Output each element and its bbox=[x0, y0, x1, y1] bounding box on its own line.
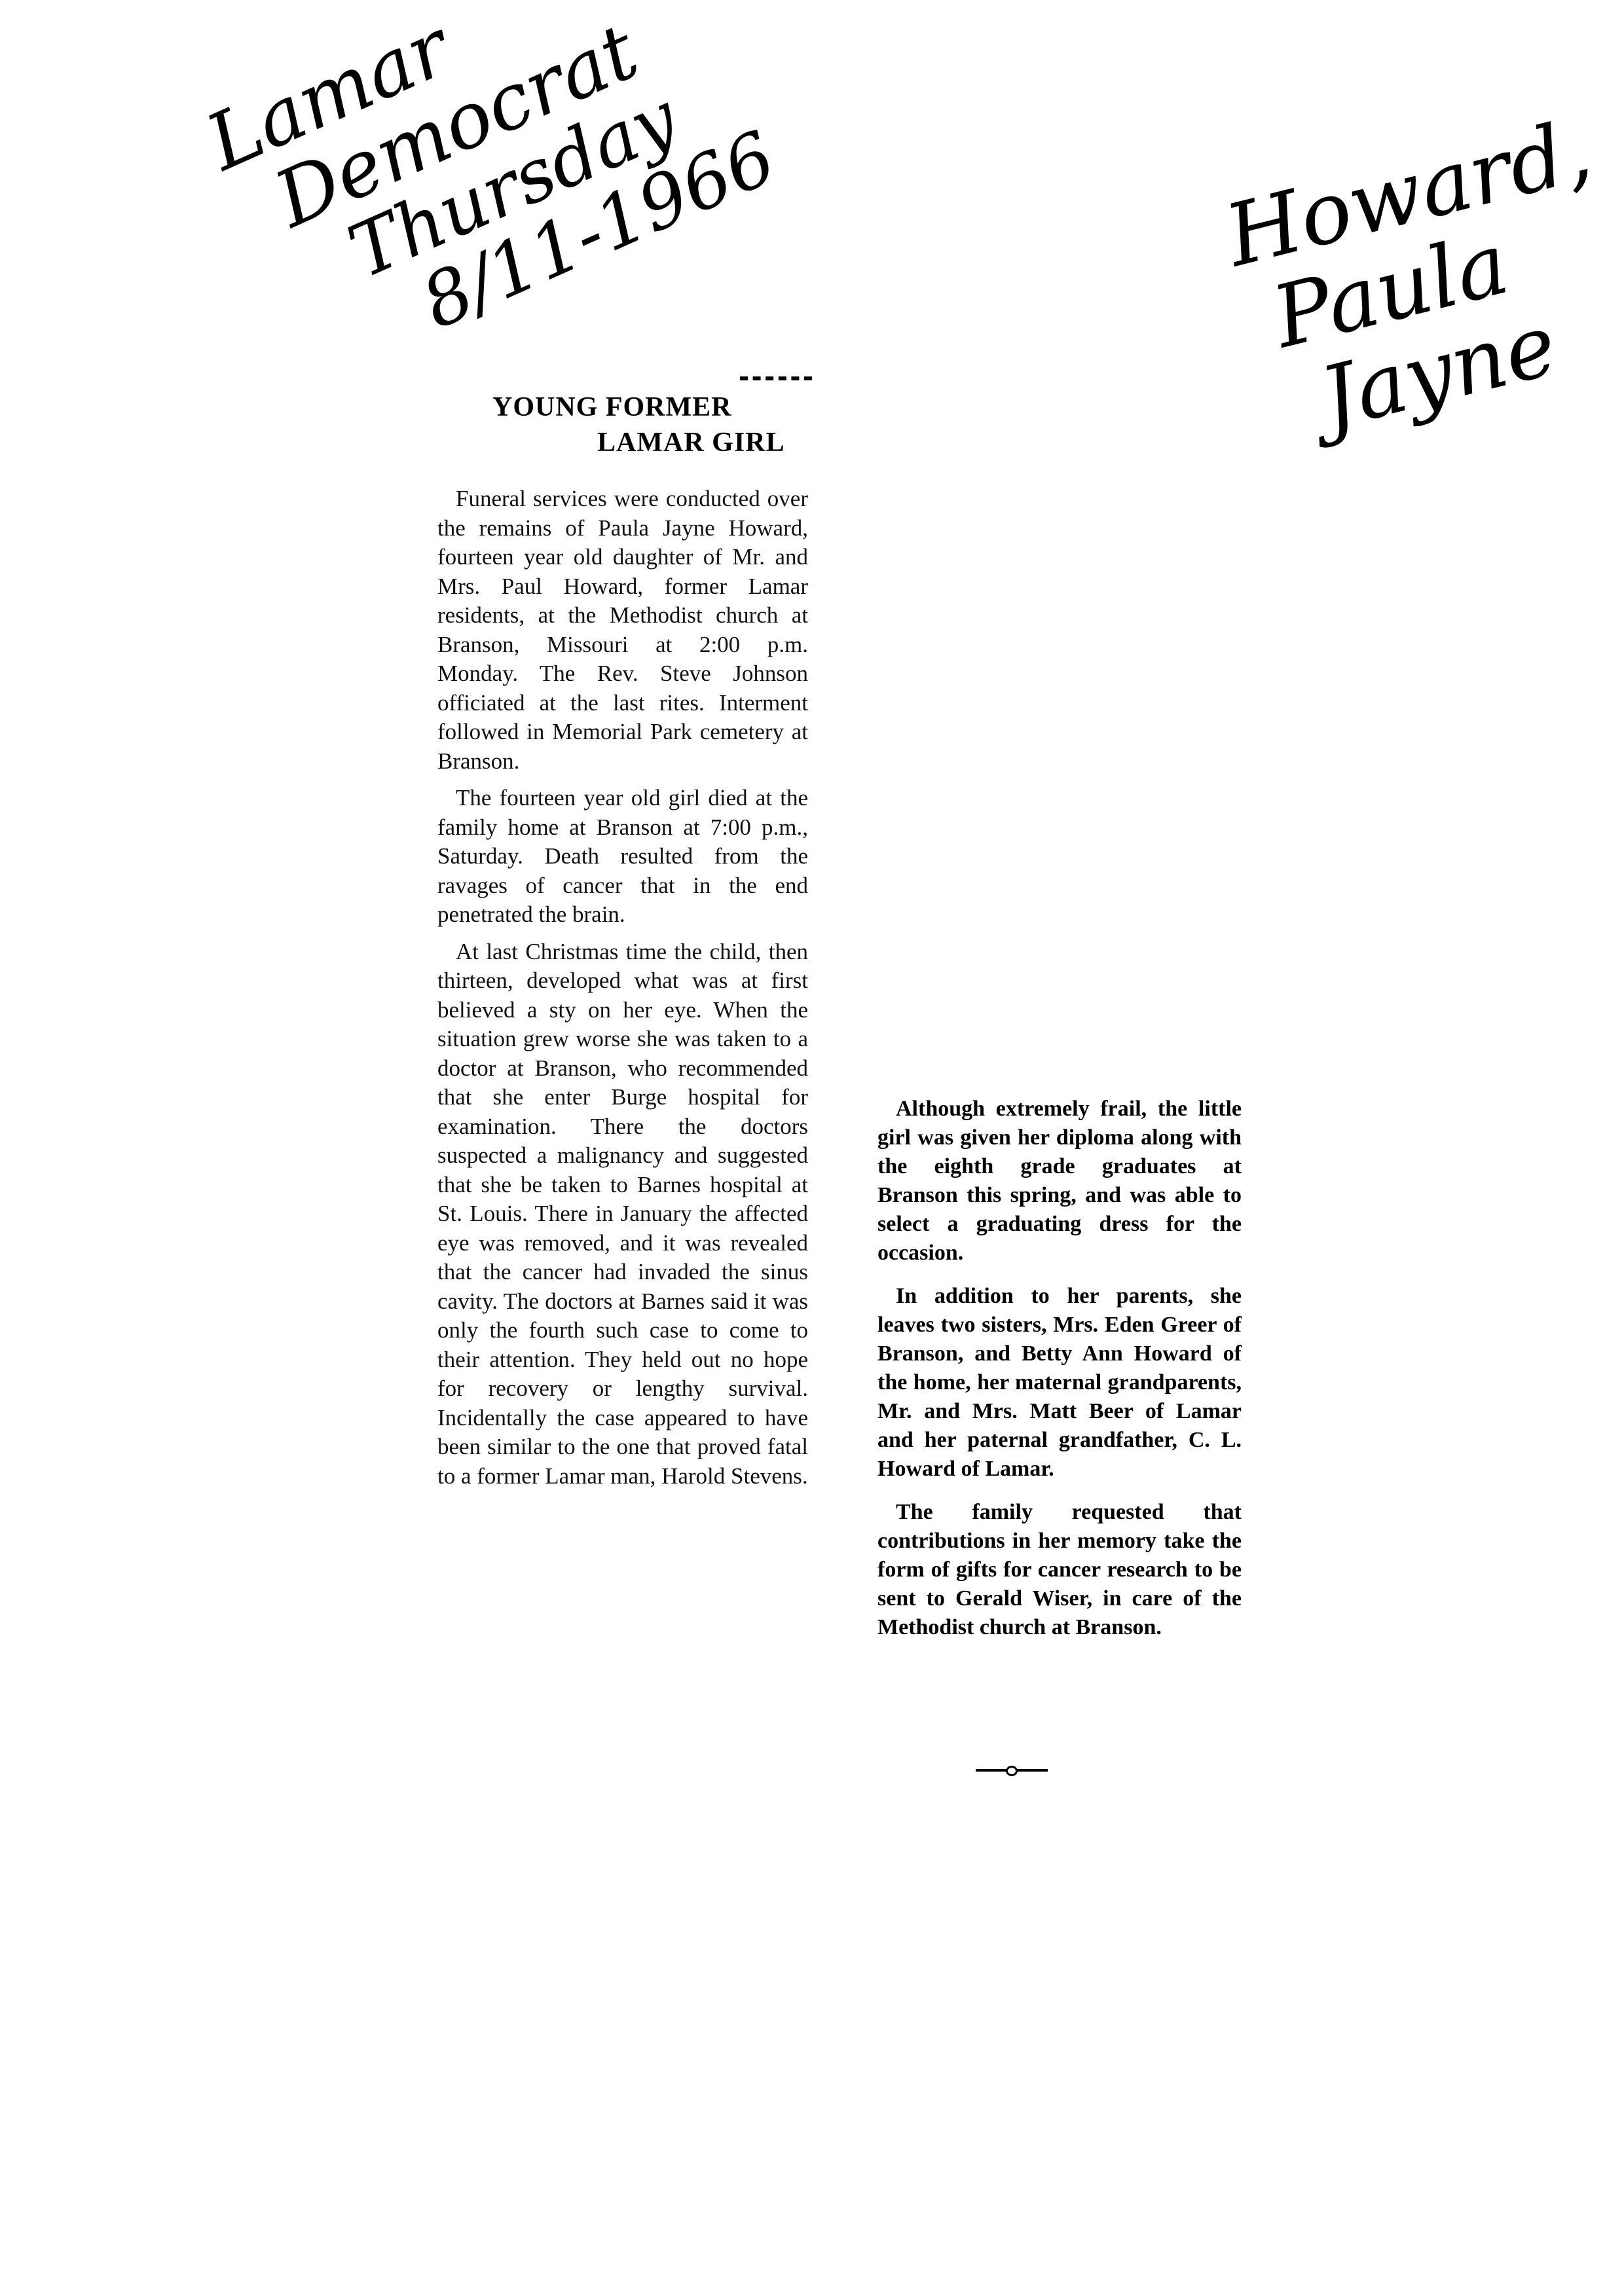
paragraph-death: The fourteen year old girl died at the f… bbox=[437, 784, 808, 930]
truncated-headline-fragment bbox=[740, 376, 812, 390]
paragraph-diploma: Although extremely frail, the little gir… bbox=[877, 1095, 1242, 1267]
headline-line-1: YOUNG FORMER bbox=[492, 392, 731, 423]
article-column-1: Funeral services were conducted over the… bbox=[437, 484, 808, 1499]
article-column-2: Although extremely frail, the little gir… bbox=[877, 1095, 1242, 1656]
headline-line-2: LAMAR GIRL bbox=[597, 427, 785, 458]
handwritten-subject-note: Howard, Paula Jayne bbox=[1218, 107, 1624, 454]
paragraph-illness: At last Christmas time the child, then t… bbox=[437, 938, 808, 1491]
article-end-mark bbox=[976, 1769, 1048, 1778]
paragraph-memorial-request: The family requested that contributions … bbox=[877, 1498, 1242, 1642]
handwritten-source-note: Lamar Democrat Thursday 8/11-1966 bbox=[196, 0, 785, 393]
paragraph-survivors: In addition to her parents, she leaves t… bbox=[877, 1282, 1242, 1484]
paragraph-funeral-services: Funeral services were conducted over the… bbox=[437, 484, 808, 776]
